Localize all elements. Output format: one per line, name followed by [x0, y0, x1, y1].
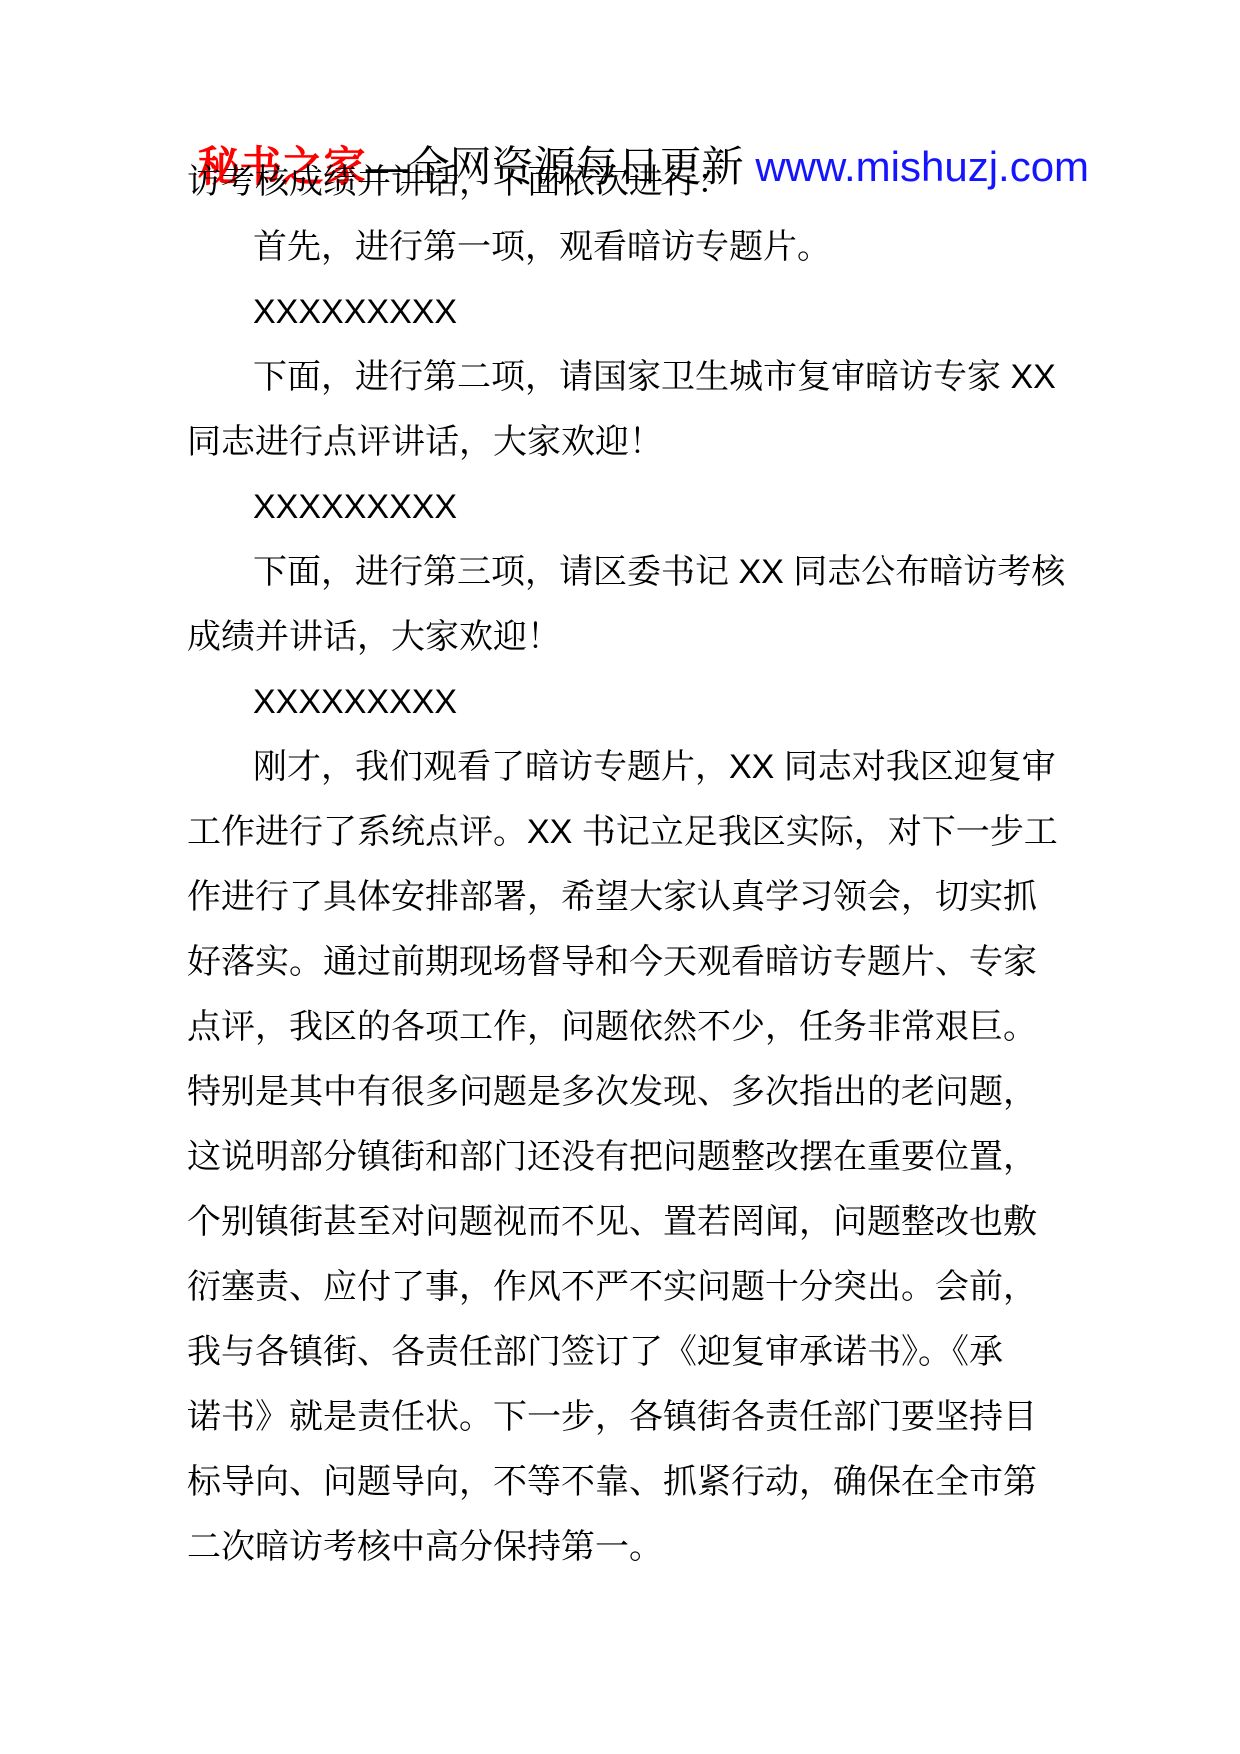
text-line: 工作进行了系统点评。XX 书记立足我区实际，对下一步工: [187, 800, 1074, 865]
text-line: 刚才，我们观看了暗访专题片，XX 同志对我区迎复审: [187, 735, 1074, 800]
text-line: XXXXXXXXX: [187, 670, 1074, 735]
text-line: 下面，进行第二项，请国家卫生城市复审暗访专家 XX: [187, 345, 1074, 410]
text-line: 诺书》就是责任状。下一步，各镇街各责任部门要坚持目: [187, 1385, 1074, 1450]
text-line: 个别镇街甚至对问题视而不见、置若罔闻，问题整改也敷: [187, 1190, 1074, 1255]
text-line: 同志进行点评讲话，大家欢迎！: [187, 410, 1074, 475]
text-line: 首先，进行第一项，观看暗访专题片。: [187, 215, 1074, 280]
text-line: 特别是其中有很多问题是多次发现、多次指出的老问题，: [187, 1060, 1074, 1125]
text-line: 作进行了具体安排部署，希望大家认真学习领会，切实抓: [187, 865, 1074, 930]
text-line: XXXXXXXXX: [187, 280, 1074, 345]
text-line: 这说明部分镇街和部门还没有把问题整改摆在重要位置，: [187, 1125, 1074, 1190]
text-line: 我与各镇街、各责任部门签订了《迎复审承诺书》。《承: [187, 1320, 1074, 1385]
text-line: 下面，进行第三项，请区委书记 XX 同志公布暗访考核: [187, 540, 1074, 605]
text-line: 点评，我区的各项工作，问题依然不少，任务非常艰巨。: [187, 995, 1074, 1060]
text-line: 二次暗访考核中高分保持第一。: [187, 1515, 1074, 1580]
text-line: 好落实。通过前期现场督导和今天观看暗访专题片、专家: [187, 930, 1074, 995]
text-line: 标导向、问题导向，不等不靠、抓紧行动，确保在全市第: [187, 1450, 1074, 1515]
document-page: 秘书之家—全网资源每日更新 www.mishuzj.com 访考核成绩并讲话，下…: [0, 0, 1240, 1754]
text-line: 访考核成绩并讲话，下面依次进行：: [187, 150, 1074, 215]
document-body: 访考核成绩并讲话，下面依次进行：首先，进行第一项，观看暗访专题片。XXXXXXX…: [187, 150, 1074, 1580]
text-line: 衍塞责、应付了事，作风不严不实问题十分突出。会前，: [187, 1255, 1074, 1320]
text-line: 成绩并讲话，大家欢迎！: [187, 605, 1074, 670]
text-line: XXXXXXXXX: [187, 475, 1074, 540]
